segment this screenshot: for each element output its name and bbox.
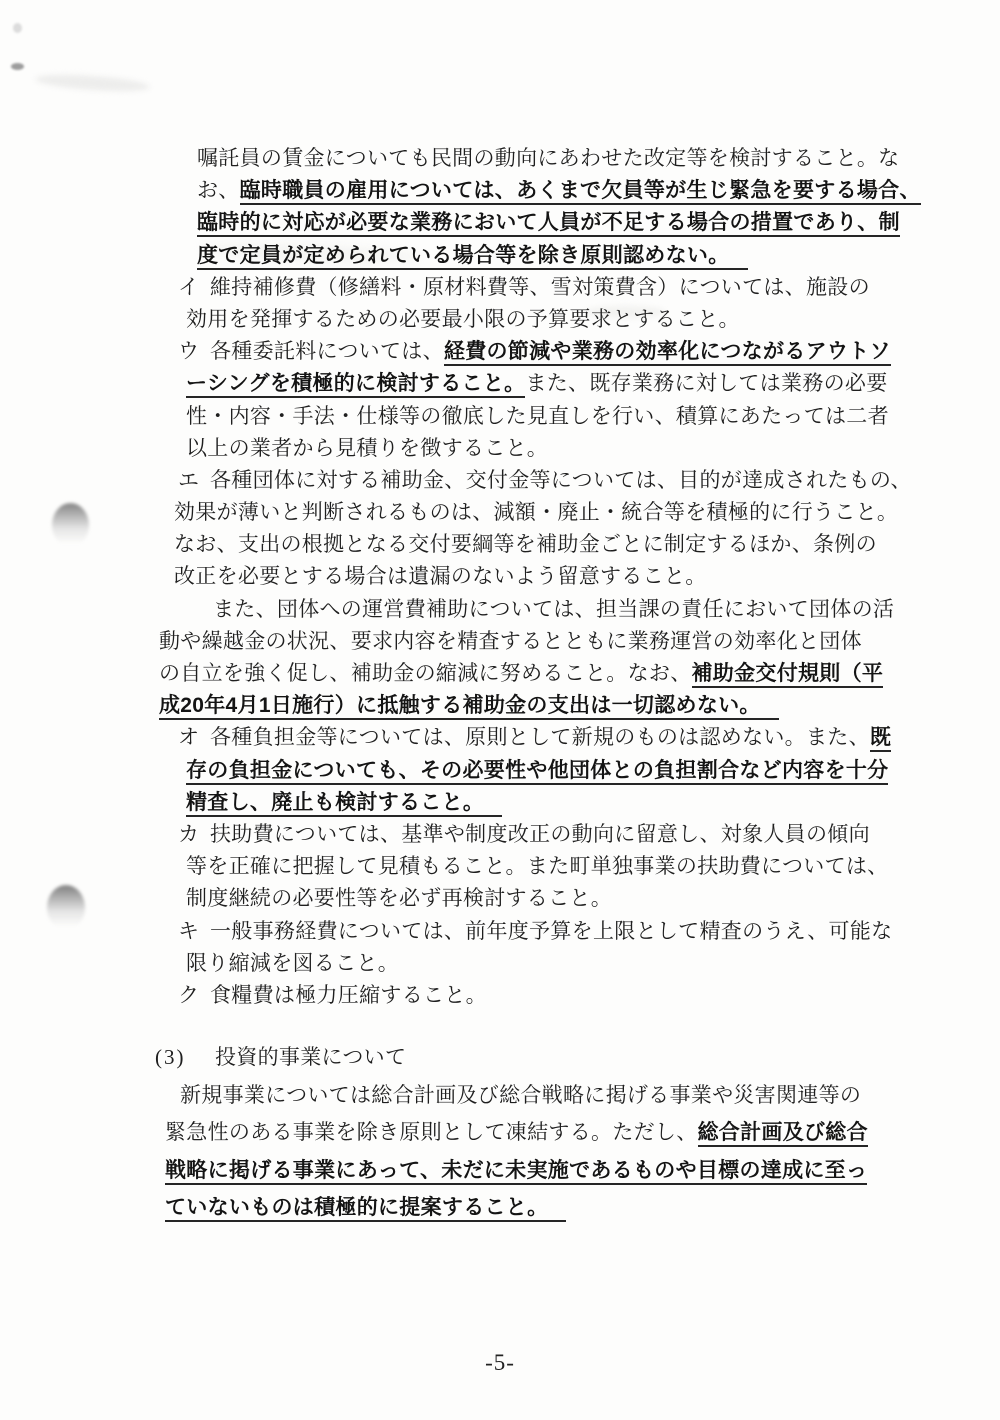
text-line: イ維持補修費（修繕料・原材料費等、雪対策費含）については、施設の [135, 271, 880, 303]
emphasized-underlined-text: 度で定員が定められている場合等を除き原則認めない。 [197, 244, 748, 270]
body-text: 効果が薄いと判断されるものは、減額・廃止・統合等を積極的に行うこと。 [174, 500, 898, 524]
list-marker: カ [178, 818, 210, 850]
text-line: キ一般事務経費については、前年度予算を上限として精査のうえ、可能な [135, 915, 880, 947]
text-line: オ各種負担金等については、原則として新規のものは認めない。また、既 [135, 721, 880, 753]
text-line: ウ各種委託料については、経費の節減や業務の効率化につながるアウトソ [135, 335, 880, 367]
text-line: 等を正確に把握して見積もること。また町単独事業の扶助費については、 [135, 850, 880, 882]
body-text: 効用を発揮するための必要最小限の予算要求とすること。 [186, 307, 740, 331]
section-itemized-expense-guidelines: 嘱託員の賃金についても民間の動向にあわせた改定等を検討すること。なお、臨時職員の… [135, 142, 880, 1011]
scan-speck [13, 23, 22, 33]
text-line: エ各種団体に対する補助金、交付金等については、目的が達成されたもの、 [135, 464, 880, 496]
text-line: 戦略に掲げる事業にあって、未だに未実施であるものや目標の達成に至っ [135, 1152, 880, 1190]
list-marker: (3) [155, 1039, 215, 1077]
body-text: また、既存業務に対しては業務の必要 [525, 371, 887, 395]
punch-hole-shadow [47, 885, 85, 930]
emphasized-underlined-text: 総合計画及び総合 [698, 1121, 868, 1147]
body-text: 動や繰越金の状況、要求内容を精査するとともに業務運営の効率化と団体 [159, 629, 862, 653]
body-text: 一般事務経費については、前年度予算を上限として精査のうえ、可能な [210, 919, 892, 943]
body-text: 維持補修費（修繕料・原材料費等、雪対策費含）については、施設の [210, 275, 870, 299]
list-marker: ウ [178, 335, 210, 367]
emphasized-underlined-text: 経費の節減や業務の効率化につながるアウトソ [444, 340, 891, 366]
body-text: 食糧費は極力圧縮すること。 [210, 983, 487, 1007]
text-line: お、臨時職員の雇用については、あくまで欠員等が生じ緊急を要する場合、 [135, 174, 880, 206]
emphasized-underlined-text: 臨時職員の雇用については、あくまで欠員等が生じ緊急を要する場合、 [240, 179, 921, 205]
emphasized-underlined-text: 臨時的に対応が必要な業務において人員が不足する場合の措置であり、制 [197, 211, 900, 237]
body-text: 改正を必要とする場合は遺漏のないよう留意すること。 [174, 564, 707, 588]
body-text: 等を正確に把握して見積もること。また町単独事業の扶助費については、 [186, 854, 888, 878]
punch-hole-shadow [52, 503, 89, 547]
text-line: ーシングを積極的に検討すること。また、既存業務に対しては業務の必要 [135, 367, 880, 399]
text-line: 効用を発揮するための必要最小限の予算要求とすること。 [135, 303, 880, 335]
text-line: の自立を強く促し、補助金の縮減に努めること。なお、補助金交付規則（平 [135, 657, 880, 689]
list-marker: ク [178, 979, 210, 1011]
body-text: 各種団体に対する補助金、交付金等については、目的が達成されたもの、 [210, 468, 912, 492]
text-line: 動や繰越金の状況、要求内容を精査するとともに業務運営の効率化と団体 [135, 625, 880, 657]
body-text: 扶助費については、基準や制度改正の動向に留意し、対象人員の傾向 [210, 822, 870, 846]
emphasized-underlined-text: ーシングを積極的に検討すること。 [186, 372, 525, 398]
scanned-document-page: 嘱託員の賃金についても民間の動向にあわせた改定等を検討すること。なお、臨時職員の… [0, 0, 1000, 1420]
body-text: 各種委託料については、 [210, 339, 444, 363]
body-text: 制度継続の必要性等を必ず再検討すること。 [186, 886, 612, 910]
body-text: 限り縮減を図ること。 [186, 951, 399, 975]
text-line: 成20年4月1日施行）に抵触する補助金の支出は一切認めない。 [135, 689, 880, 721]
text-line: ク食糧費は極力圧縮すること。 [135, 979, 880, 1011]
text-line: カ扶助費については、基準や制度改正の動向に留意し、対象人員の傾向 [135, 818, 880, 850]
text-line: 制度継続の必要性等を必ず再検討すること。 [135, 882, 880, 914]
body-text: 性・内容・手法・仕様等の徹底した見直しを行い、積算にあたっては二者 [186, 404, 889, 428]
body-text: なお、支出の根拠となる交付要綱等を補助金ごとに制定するほか、条例の [174, 532, 877, 556]
text-line: (3)投資的事業について [135, 1039, 880, 1077]
body-text: 各種負担金等については、原則として新規のものは認めない。また、 [210, 725, 870, 749]
text-line: また、団体への運営費補助については、担当課の責任において団体の活 [135, 593, 880, 625]
section-investment-projects: (3)投資的事業について新規事業については総合計画及び総合戦略に掲げる事業や災害… [135, 1039, 880, 1227]
body-text: 以上の業者から見積りを徴すること。 [186, 436, 548, 460]
body-text: の自立を強く促し、補助金の縮減に努めること。なお、 [159, 661, 692, 685]
emphasized-underlined-text: 成20年4月1日施行）に抵触する補助金の支出は一切認めない。 [159, 694, 779, 720]
body-text: お、 [197, 178, 240, 202]
body-text: 緊急性のある事業を除き原則として凍結する。ただし、 [165, 1120, 698, 1144]
text-line: 嘱託員の賃金についても民間の動向にあわせた改定等を検討すること。な [135, 142, 880, 174]
text-line: 効果が薄いと判断されるものは、減額・廃止・統合等を積極的に行うこと。 [135, 496, 880, 528]
emphasized-underlined-text: 補助金交付規則（平 [692, 662, 884, 688]
text-line: 緊急性のある事業を除き原則として凍結する。ただし、総合計画及び総合 [135, 1114, 880, 1152]
scan-smudge [35, 72, 151, 94]
list-marker: イ [178, 271, 210, 303]
text-line: なお、支出の根拠となる交付要綱等を補助金ごとに制定するほか、条例の [135, 528, 880, 560]
text-line: 改正を必要とする場合は遺漏のないよう留意すること。 [135, 560, 880, 592]
text-line: 以上の業者から見積りを徴すること。 [135, 432, 880, 464]
text-line: 限り縮減を図ること。 [135, 947, 880, 979]
text-line: 精査し、廃止も検討すること。 [135, 786, 880, 818]
emphasized-underlined-text: ていないものは積極的に提案すること。 [165, 1196, 566, 1222]
page-number: -5- [0, 1350, 1000, 1376]
text-line: 性・内容・手法・仕様等の徹底した見直しを行い、積算にあたっては二者 [135, 400, 880, 432]
list-marker: キ [178, 915, 210, 947]
body-text: 嘱託員の賃金についても民間の動向にあわせた改定等を検討すること。な [197, 146, 899, 170]
emphasized-underlined-text: 存の負担金についても、その必要性や他団体との負担割合など内容を十分 [186, 759, 888, 785]
emphasized-underlined-text: 既 [870, 726, 891, 752]
text-line: 度で定員が定められている場合等を除き原則認めない。 [135, 239, 880, 271]
text-line: ていないものは積極的に提案すること。 [135, 1189, 880, 1227]
emphasized-underlined-text: 戦略に掲げる事業にあって、未だに未実施であるものや目標の達成に至っ [165, 1159, 867, 1185]
body-text: 投資的事業について [215, 1045, 406, 1069]
text-line: 臨時的に対応が必要な業務において人員が不足する場合の措置であり、制 [135, 206, 880, 238]
body-text: また、団体への運営費補助については、担当課の責任において団体の活 [213, 597, 894, 621]
list-marker: エ [178, 464, 210, 496]
list-marker: オ [178, 721, 210, 753]
text-line: 存の負担金についても、その必要性や他団体との負担割合など内容を十分 [135, 754, 880, 786]
text-line: 新規事業については総合計画及び総合戦略に掲げる事業や災害関連等の [135, 1077, 880, 1115]
scan-speck [11, 63, 24, 70]
emphasized-underlined-text: 精査し、廃止も検討すること。 [186, 791, 502, 817]
body-text: 新規事業については総合計画及び総合戦略に掲げる事業や災害関連等の [180, 1083, 861, 1107]
